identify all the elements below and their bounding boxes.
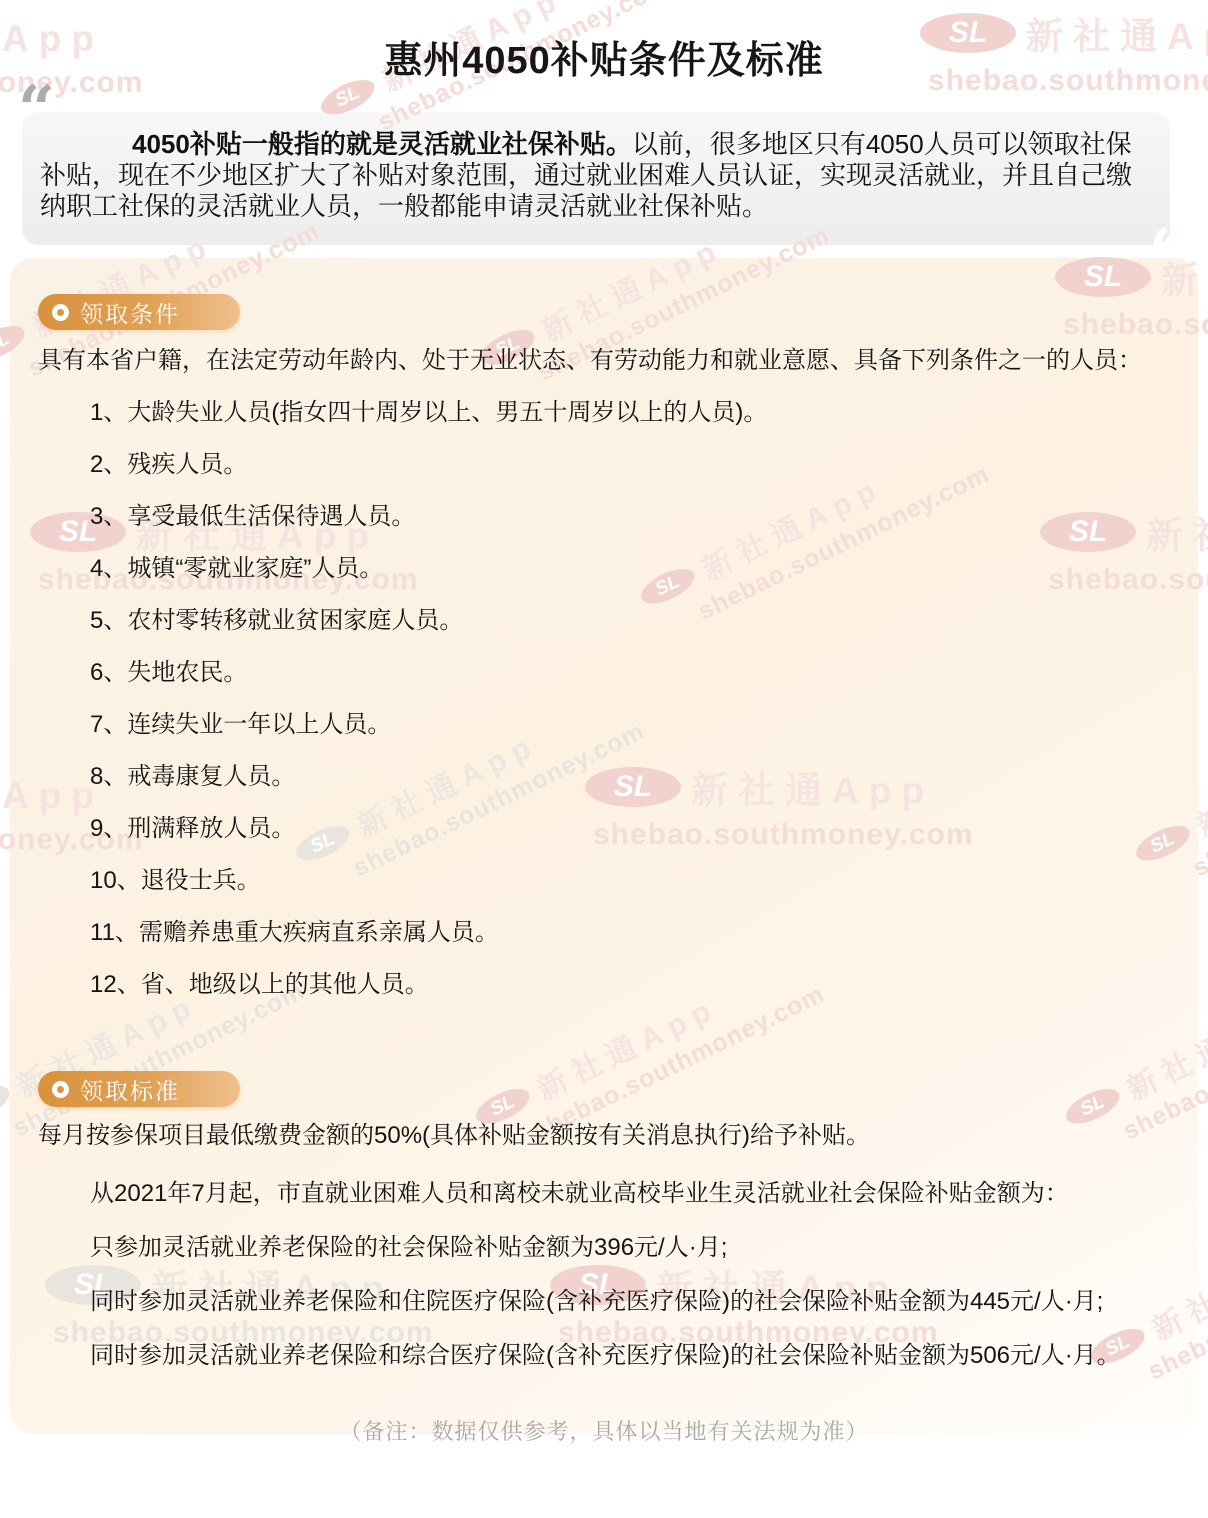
list-item: 9、刑满释放人员。 xyxy=(38,814,1170,844)
page: SL新社通Appshebao.southmoney.com SL新社通Appsh… xyxy=(0,0,1208,1518)
summary-text: 4050补贴一般指的就是灵活就业社保补贴。以前，很多地区只有4050人员可以领取… xyxy=(40,129,1148,222)
list-item: 1、大龄失业人员(指女四十周岁以上、男五十周岁以上的人员)。 xyxy=(38,398,1170,428)
list-item: 12、省、地级以上的其他人员。 xyxy=(38,970,1170,1000)
list-item: 8、戒毒康复人员。 xyxy=(38,762,1170,792)
standards-lead: 每月按参保项目最低缴费金额的50%(具体补贴金额按有关消息执行)给予补贴。 xyxy=(38,1121,1170,1151)
standards-paragraph: 同时参加灵活就业养老保险和综合医疗保险(含补充医疗保险)的社会保险补贴金额为50… xyxy=(38,1341,1170,1371)
section-title: 领取标准 xyxy=(80,1073,180,1106)
summary-bold-text: 4050补贴一般指的就是灵活就业社保补贴。 xyxy=(132,129,632,159)
section-title: 领取条件 xyxy=(80,296,180,329)
page-footer: （备注：数据仅供参考，具体以当地有关法规为准） xyxy=(0,1415,1208,1446)
list-item: 10、退役士兵。 xyxy=(38,866,1170,896)
circle-bullet-icon xyxy=(52,1081,69,1098)
standards-paragraph: 只参加灵活就业养老保险的社会保险补贴金额为396元/人·月; xyxy=(38,1233,1170,1263)
list-item: 6、失地农民。 xyxy=(38,658,1170,688)
page-header: 惠州4050补贴条件及标准 xyxy=(0,0,1208,112)
list-item: 5、农村零转移就业贫困家庭人员。 xyxy=(38,606,1170,636)
summary-quote-box: “ “ 4050补贴一般指的就是灵活就业社保补贴。以前，很多地区只有4050人员… xyxy=(22,112,1170,245)
list-item: 7、连续失业一年以上人员。 xyxy=(38,710,1170,740)
standards-paragraph: 从2021年7月起，市直就业困难人员和离校未就业高校毕业生灵活就业社会保险补贴金… xyxy=(38,1179,1170,1209)
conditions-intro: 具有本省户籍，在法定劳动年龄内、处于无业状态、有劳动能力和就业意愿、具备下列条件… xyxy=(38,346,1170,376)
page-title: 惠州4050补贴条件及标准 xyxy=(384,29,824,84)
list-item: 3、享受最低生活保待遇人员。 xyxy=(38,502,1170,532)
circle-bullet-icon xyxy=(52,304,69,321)
article-body: 领取条件 具有本省户籍，在法定劳动年龄内、处于无业状态、有劳动能力和就业意愿、具… xyxy=(0,258,1208,1371)
standards-paragraph: 同时参加灵活就业养老保险和住院医疗保险(含补充医疗保险)的社会保险补贴金额为44… xyxy=(38,1287,1170,1317)
list-item: 4、城镇“零就业家庭”人员。 xyxy=(38,554,1170,584)
disclaimer-note: （备注：数据仅供参考，具体以当地有关法规为准） xyxy=(339,1419,868,1444)
list-item: 2、残疾人员。 xyxy=(38,450,1170,480)
close-quote-icon: “ xyxy=(1149,221,1182,285)
list-item: 11、需赡养患重大疾病直系亲属人员。 xyxy=(38,918,1170,948)
section-header-conditions: 领取条件 xyxy=(38,294,240,330)
section-header-standards: 领取标准 xyxy=(38,1071,240,1107)
open-quote-icon: “ xyxy=(18,78,51,142)
